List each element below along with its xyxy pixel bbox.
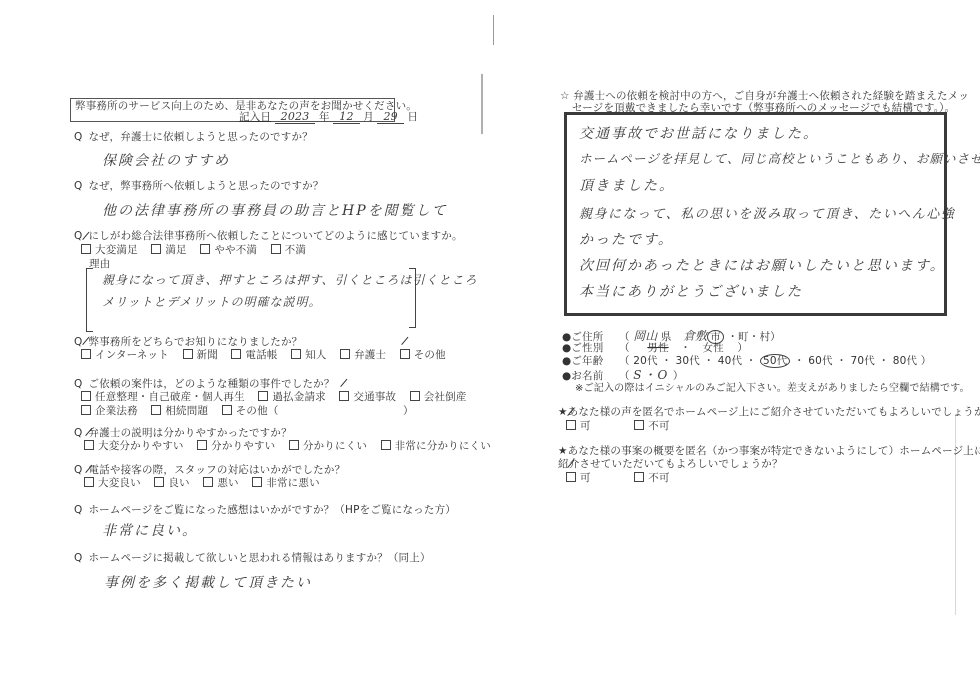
- option-phonebook[interactable]: 電話帳: [231, 347, 277, 362]
- option-consent-no[interactable]: 不可: [634, 470, 669, 485]
- checkbox[interactable]: [151, 405, 161, 415]
- option-good[interactable]: 良い: [154, 475, 189, 490]
- fold-line: [481, 74, 483, 134]
- checkbox-checked[interactable]: [566, 420, 576, 430]
- message-box: 交通事故でお世話になりました。 ホームページを拝見して、同じ高校ということもあり…: [564, 112, 947, 316]
- month-unit: 月: [363, 109, 374, 124]
- checkbox[interactable]: [340, 349, 350, 359]
- year-unit: 年: [319, 109, 330, 124]
- close-paren: ）: [403, 403, 414, 418]
- checkbox[interactable]: [197, 440, 207, 450]
- option-very-good[interactable]: 大変良い: [84, 475, 141, 490]
- option-consent-no[interactable]: 不可: [634, 418, 669, 433]
- message-line: 本当にありがとうございました: [579, 281, 803, 301]
- option-other-case[interactable]: その他（: [222, 403, 279, 418]
- age-option[interactable]: 80代: [893, 355, 917, 367]
- option-very-unclear[interactable]: 非常に分かりにくい: [381, 438, 491, 453]
- option-dissatisfied[interactable]: 不満: [271, 242, 306, 257]
- checkbox-checked[interactable]: [84, 477, 94, 487]
- checkbox-checked[interactable]: [81, 244, 91, 254]
- checkbox[interactable]: [271, 244, 281, 254]
- checkbox-checked[interactable]: [566, 472, 576, 482]
- option-corporate[interactable]: 企業法務: [81, 403, 138, 418]
- message-line: かったです。: [579, 229, 674, 249]
- reason-bracket: [86, 268, 93, 332]
- date-month: 12: [333, 110, 359, 124]
- question-text: なぜ，弊事務所へ依頼しようと思ったのですか？: [88, 180, 323, 192]
- question-text: なぜ，弁護士に依頼しようと思ったのですか？: [88, 131, 312, 143]
- consent-case-question-line-2: 紹介させていただいてもよろしいでしょうか？: [558, 456, 783, 471]
- checkbox[interactable]: [410, 391, 420, 401]
- survey-scan: 弊事務所のサービス向上のため、是非あなたの声をお聞かせください。 記入日 202…: [0, 0, 980, 693]
- q-mark: Q: [74, 230, 82, 242]
- day-unit: 日: [407, 109, 418, 124]
- date-label: 記入日: [239, 109, 271, 124]
- checkbox[interactable]: [252, 477, 262, 487]
- option-debt[interactable]: 任意整理・自己破産・個人再生: [81, 389, 245, 404]
- option-bad[interactable]: 悪い: [203, 475, 238, 490]
- q-mark: Q: [74, 504, 82, 516]
- q-mark: Q: [74, 464, 82, 476]
- option-very-clear[interactable]: 大変分かりやすい: [84, 438, 184, 453]
- option-internet[interactable]: インターネット: [81, 347, 169, 362]
- date-day: 29: [377, 110, 403, 124]
- option-unclear[interactable]: 分かりにくい: [289, 438, 367, 453]
- question-text: ホームページに掲載して欲しいと思われる情報はありますか？（同上）: [88, 552, 430, 564]
- option-lawyer[interactable]: 弁護士: [340, 347, 386, 362]
- date-year: 2023: [275, 110, 316, 124]
- answer-why-firm: 他の法律事務所の事務員の助言とHPを閲覧して: [102, 200, 448, 220]
- checkbox[interactable]: [291, 349, 301, 359]
- message-line: 交通事故でお世話になりました。: [579, 123, 819, 143]
- age-option[interactable]: 40代: [718, 355, 742, 367]
- case-type-options-row2: 企業法務 相続問題 その他（ ）: [81, 403, 421, 418]
- option-acquaintance[interactable]: 知人: [291, 347, 326, 362]
- satisfaction-options: 大変満足 満足 やや不満 不満: [81, 242, 316, 257]
- fold-line: [493, 15, 494, 45]
- star-icon: ☆: [560, 90, 570, 102]
- checkbox[interactable]: [231, 349, 241, 359]
- checkbox-checked[interactable]: [81, 349, 91, 359]
- consent-case-options: 可 不可: [566, 470, 680, 485]
- checkbox[interactable]: [634, 472, 644, 482]
- checkbox[interactable]: [200, 244, 210, 254]
- checkbox[interactable]: [81, 391, 91, 401]
- header-box: 弊事務所のサービス向上のため、是非あなたの声をお聞かせください。 記入日 202…: [70, 98, 395, 122]
- answer-why-lawyer: 保険会社のすすめ: [102, 150, 230, 170]
- option-other[interactable]: その他: [400, 347, 446, 362]
- checkbox[interactable]: [381, 440, 391, 450]
- question-why-lawyer: Qなぜ，弁護士に依頼しようと思ったのですか？: [74, 129, 313, 144]
- question-text: ホームページをご覧になった感想はいかがですか？（HPをご覧になった方）: [88, 504, 456, 516]
- staff-options: 大変良い 良い 悪い 非常に悪い: [84, 475, 330, 490]
- explanation-options: 大変分かりやすい 分かりやすい 分かりにくい 非常に分かりにくい: [84, 438, 501, 453]
- checkbox[interactable]: [154, 477, 164, 487]
- q-mark: Q: [74, 131, 82, 143]
- question-homepage-impression: Qホームページをご覧になった感想はいかがですか？（HPをご覧になった方）: [74, 502, 456, 517]
- checkbox[interactable]: [258, 391, 268, 401]
- question-text: にしがわ総合法律事務所へ依頼したことについてどのように感じていますか。: [88, 230, 462, 242]
- checkbox-checked[interactable]: [84, 440, 94, 450]
- age-option[interactable]: 60代: [808, 355, 832, 367]
- checkbox[interactable]: [222, 405, 232, 415]
- question-why-firm: Qなぜ，弊事務所へ依頼しようと思ったのですか？: [74, 178, 324, 193]
- option-bankruptcy[interactable]: 会社倒産: [410, 389, 467, 404]
- initials-note: ※ご記入の際はイニシャルのみご記入下さい。差支えがありましたら空欄で結構です。: [575, 379, 970, 394]
- how-found-options: インターネット 新聞 電話帳 知人 弁護士 その他: [81, 347, 456, 362]
- option-consent-yes[interactable]: 可: [566, 470, 591, 485]
- age-option[interactable]: 70代: [851, 355, 875, 367]
- option-clear[interactable]: 分かりやすい: [197, 438, 275, 453]
- option-somewhat-dissatisfied[interactable]: やや不満: [200, 242, 257, 257]
- answer-homepage-impression: 非常に良い。: [102, 520, 198, 540]
- consent-voice-question: ★あなた様の声を匿名でホームページ上にご紹介させていただいてもよろしいでしょうか…: [558, 404, 980, 419]
- checkbox[interactable]: [634, 420, 644, 430]
- message-line: 次回何かあったときにはお願いしたいと思います。: [579, 255, 946, 275]
- checkbox[interactable]: [203, 477, 213, 487]
- option-very-satisfied[interactable]: 大変満足: [81, 242, 138, 257]
- q-mark: Q: [74, 427, 82, 439]
- checkbox[interactable]: [183, 349, 193, 359]
- message-line: 親身になって、私の思いを汲み取って頂き、たいへん心強: [579, 203, 955, 222]
- option-consent-yes[interactable]: 可: [566, 418, 591, 433]
- option-inheritance[interactable]: 相続問題: [151, 403, 208, 418]
- q-mark: Q: [74, 180, 82, 192]
- entry-date: 記入日 2023 年 12 月 29 日: [239, 109, 418, 124]
- question-satisfaction: Qにしがわ総合法律事務所へ依頼したことについてどのように感じていますか。: [74, 228, 463, 243]
- q-mark: Q: [74, 552, 82, 564]
- checkbox[interactable]: [81, 405, 91, 415]
- case-type-options-row1: 任意整理・自己破産・個人再生 過払金請求 交通事故 会社倒産: [81, 389, 477, 404]
- consent-voice-options: 可 不可: [566, 418, 680, 433]
- option-very-bad[interactable]: 非常に悪い: [252, 475, 320, 490]
- option-satisfied[interactable]: 満足: [151, 242, 186, 257]
- age-option-selected[interactable]: 50代: [760, 354, 790, 368]
- option-traffic-accident[interactable]: 交通事故: [339, 389, 396, 404]
- checkbox[interactable]: [151, 244, 161, 254]
- option-newspaper[interactable]: 新聞: [183, 347, 218, 362]
- reason-line-1: 親身になって頂き、押すところは押す、引くところは引くところ: [102, 271, 478, 288]
- option-overpayment[interactable]: 過払金請求: [258, 389, 326, 404]
- checkbox[interactable]: [289, 440, 299, 450]
- checkbox-checked[interactable]: [339, 391, 349, 401]
- reason-line-2: メリットとデメリットの明確な説明。: [102, 293, 322, 310]
- checkbox-checked[interactable]: [400, 349, 410, 359]
- message-line: ホームページを拝見して、同じ高校ということもあり、お願いさせて: [579, 149, 980, 167]
- answer-homepage-wish: 事例を多く掲載して頂きたい: [104, 572, 312, 592]
- message-line: 頂きました。: [579, 175, 675, 195]
- question-homepage-wish: Qホームページに掲載して欲しいと思われる情報はありますか？（同上）: [74, 550, 431, 565]
